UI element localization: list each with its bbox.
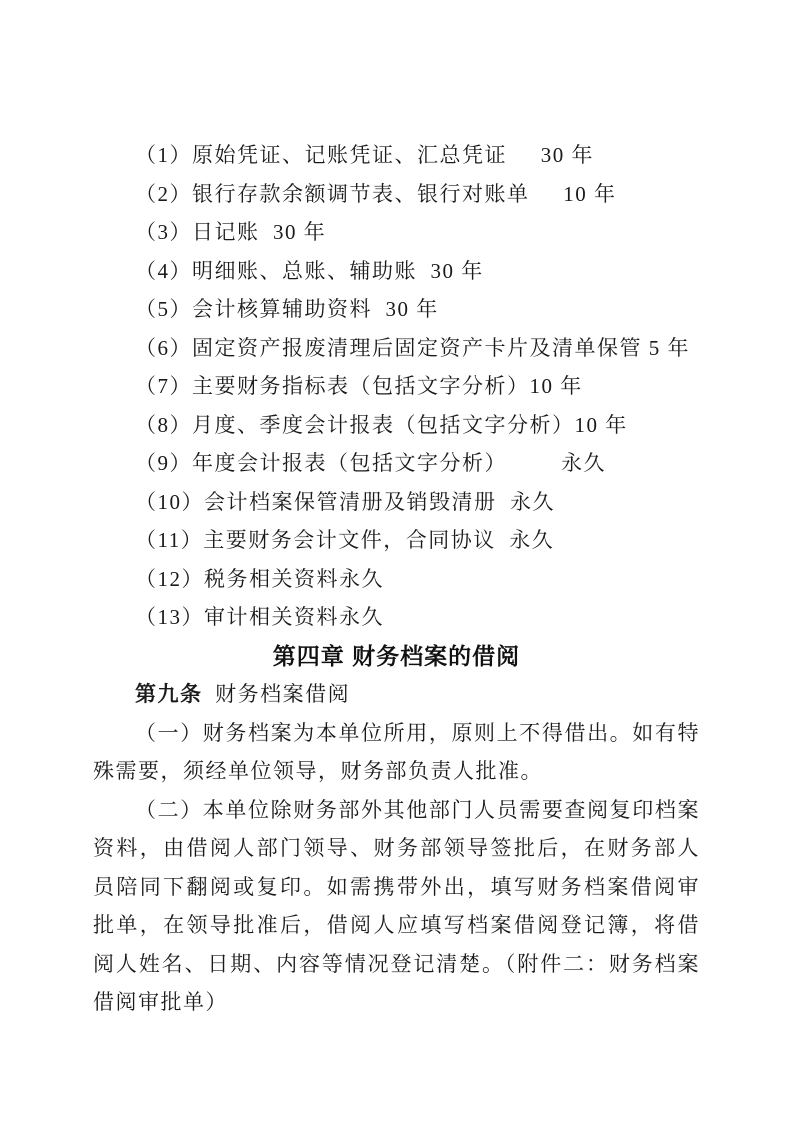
retention-list-item: （7）主要财务指标表（包括文字分析）10 年 [93,367,700,406]
retention-list-item: （11）主要财务会计文件，合同协议 永久 [93,521,700,560]
document-page: （1）原始凭证、记账凭证、汇总凭证 30 年 （2）银行存款余额调节表、银行对账… [0,0,793,1122]
chapter-heading: 第四章 财务档案的借阅 [93,637,700,676]
article-title: 财务档案借阅 [215,682,350,706]
article-number: 第九条 [135,682,203,706]
retention-list-item: （4）明细账、总账、辅助账 30 年 [93,252,700,291]
retention-list-item: （6）固定资产报废清理后固定资产卡片及清单保管 5 年 [93,329,700,368]
retention-list-item: （5）会计核算辅助资料 30 年 [93,290,700,329]
retention-list-item: （12）税务相关资料永久 [93,560,700,599]
paragraph: （二）本单位除财务部外其他部门人员需要查阅复印档案资料，由借阅人部门领导、财务部… [93,791,700,1022]
article-line: 第九条财务档案借阅 [93,675,700,714]
retention-list-item: （1）原始凭证、记账凭证、汇总凭证 30 年 [93,136,700,175]
paragraph: （一）财务档案为本单位所用，原则上不得借出。如有特殊需要，须经单位领导，财务部负… [93,714,700,791]
retention-list-item: （3）日记账 30 年 [93,213,700,252]
retention-list-item: （13）审计相关资料永久 [93,598,700,637]
retention-list-item: （2）银行存款余额调节表、银行对账单 10 年 [93,175,700,214]
retention-list-item: （10）会计档案保管清册及销毁清册 永久 [93,483,700,522]
retention-list-item: （9）年度会计报表（包括文字分析） 永久 [93,444,700,483]
retention-list-item: （8）月度、季度会计报表（包括文字分析）10 年 [93,406,700,445]
paragraphs-section: （一）财务档案为本单位所用，原则上不得借出。如有特殊需要，须经单位领导，财务部负… [93,714,700,1022]
retention-list: （1）原始凭证、记账凭证、汇总凭证 30 年 （2）银行存款余额调节表、银行对账… [93,136,700,637]
